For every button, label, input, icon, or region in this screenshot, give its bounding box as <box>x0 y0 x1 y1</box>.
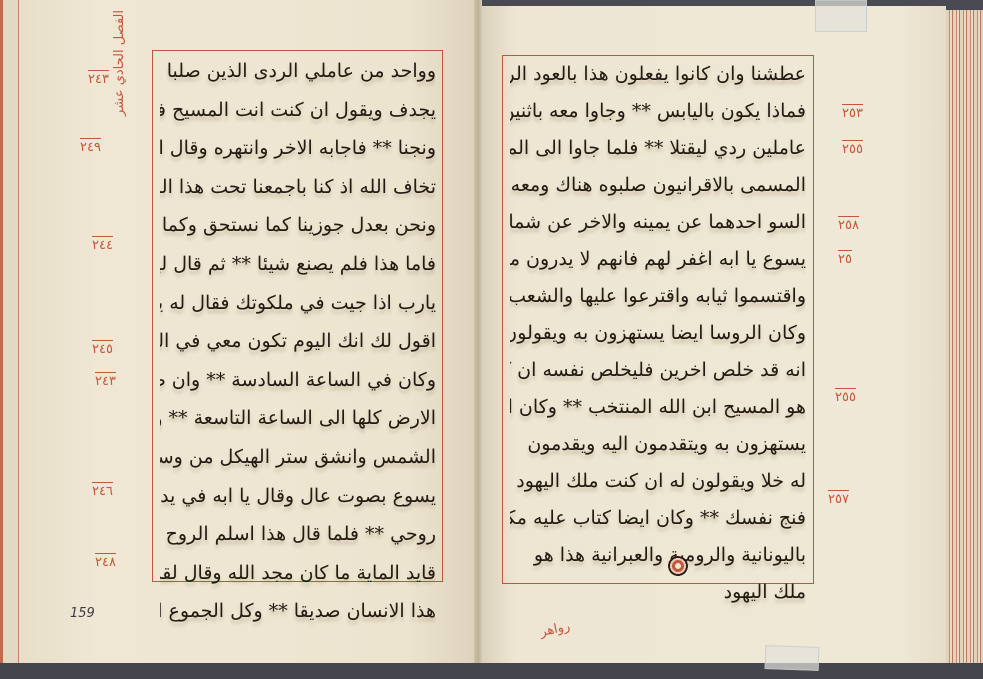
text-line: يجدف ويقول ان كنت انت المسيح فنج نفسك <box>160 91 436 130</box>
open-manuscript: الفصل الحادي عشر وواحد من عاملي الردى ال… <box>0 0 983 679</box>
margin-note: ٢٤٩ <box>80 138 101 155</box>
text-line: واقتسموا ثيابه واقترعوا عليها والشعب قاي… <box>510 278 806 315</box>
paper-tab-top <box>815 0 867 32</box>
margin-note: ٢٤٣ <box>95 372 116 389</box>
margin-note: ٢٥٨ <box>838 216 859 233</box>
text-line: ملك اليهود <box>510 574 806 611</box>
margin-note: ٢٥ <box>838 250 852 267</box>
text-line: عطشنا وان كانوا يفعلون هذا بالعود الرطب <box>510 56 806 93</box>
text-line: باليونانية والرومية والعبرانية هذا هو <box>510 537 806 574</box>
text-line: ونجنا ** فاجابه الاخر وانتهره وقال اما <box>160 129 436 168</box>
margin-note: ٢٥٣ <box>842 104 863 121</box>
left-page-edge <box>0 0 22 665</box>
text-line: هذا الانسان صديقا ** وكل الجموع الذين كا… <box>160 592 436 631</box>
chapter-rubric: الفصل الحادي عشر <box>112 10 127 116</box>
left-text-block: وواحد من عاملي الردى الذين صلبا معه كان … <box>160 52 436 631</box>
text-line: الارض كلها الى الساعة التاسعة ** واظلمت <box>160 399 436 438</box>
text-line: قايد الماية ما كان مجد الله وقال لقد كان <box>160 554 436 593</box>
right-text-block: عطشنا وان كانوا يفعلون هذا بالعود الرطب … <box>510 56 806 611</box>
text-line: ونحن بعدل جوزينا كما نستحق وكما فعلنا <box>160 206 436 245</box>
text-line: انه قد خلص اخرين فليخلص نفسه ان كان <box>510 352 806 389</box>
text-line: عاملين ردي ليقتلا ** فلما جاوا الى الموض… <box>510 130 806 167</box>
margin-note: ٢٤٣ <box>88 70 109 87</box>
text-line: يستهزون به ويتقدمون اليه ويقدمون <box>510 426 806 463</box>
text-line: الشمس وانشق ستر الهيكل من وسطه وصاح <box>160 438 436 477</box>
text-line: وكان في الساعة السادسة ** وان ظلمة غشت <box>160 361 436 400</box>
margin-note: ٢٥٥ <box>835 388 856 405</box>
book-gutter <box>474 0 482 665</box>
text-line: يسوع بصوت عال وقال يا ابه في يديك اضع <box>160 477 436 516</box>
text-line: تخاف الله اذ كنا باجمعنا تحت هذا الحكم <box>160 168 436 207</box>
margin-note: ٢٤٤ <box>92 236 113 253</box>
page-stack-edge <box>946 10 983 665</box>
margin-note: ٢٥٧ <box>828 490 849 507</box>
margin-note: ٢٤٥ <box>92 340 113 357</box>
text-line: فماذا يكون باليابس ** وجاوا معه باثنين <box>510 93 806 130</box>
text-line: له خلا ويقولون له ان كنت ملك اليهود <box>510 463 806 500</box>
text-line: يسوع يا ابه اغفر لهم فانهم لا يدرون ما ي… <box>510 241 806 278</box>
background-surface <box>0 663 983 679</box>
margin-note: ٢٥٥ <box>842 140 863 157</box>
text-line: وكان الروسا ايضا يستهزون به ويقولون <box>510 315 806 352</box>
rosette-ornament-icon <box>668 556 688 576</box>
text-line: فنج نفسك ** وكان ايضا كتاب عليه مكتوبا <box>510 500 806 537</box>
text-line: هو المسيح ابن الله المنتخب ** وكان الجند… <box>510 389 806 426</box>
text-line: اقول لك انك اليوم تكون معي في الفردوس <box>160 322 436 361</box>
margin-note: ٢٤٦ <box>92 482 113 499</box>
text-line: فاما هذا فلم يصنع شيئا ** ثم قال ليسوع ا… <box>160 245 436 284</box>
paper-tab-bottom <box>765 645 820 671</box>
margin-note: ٢٤٨ <box>95 553 116 570</box>
text-line: المسمى بالاقرانيون صلبوه هناك ومعه عاملا <box>510 167 806 204</box>
folio-number: 159 <box>70 606 95 621</box>
text-line: روحي ** فلما قال هذا اسلم الروح ولما راي <box>160 515 436 554</box>
text-line: يارب اذا جيت في ملكوتك فقال له يسوع الحق <box>160 284 436 323</box>
text-line: السو احدهما عن يمينه والاخر عن شماله ** … <box>510 204 806 241</box>
text-line: وواحد من عاملي الردى الذين صلبا معه كان <box>160 52 436 91</box>
